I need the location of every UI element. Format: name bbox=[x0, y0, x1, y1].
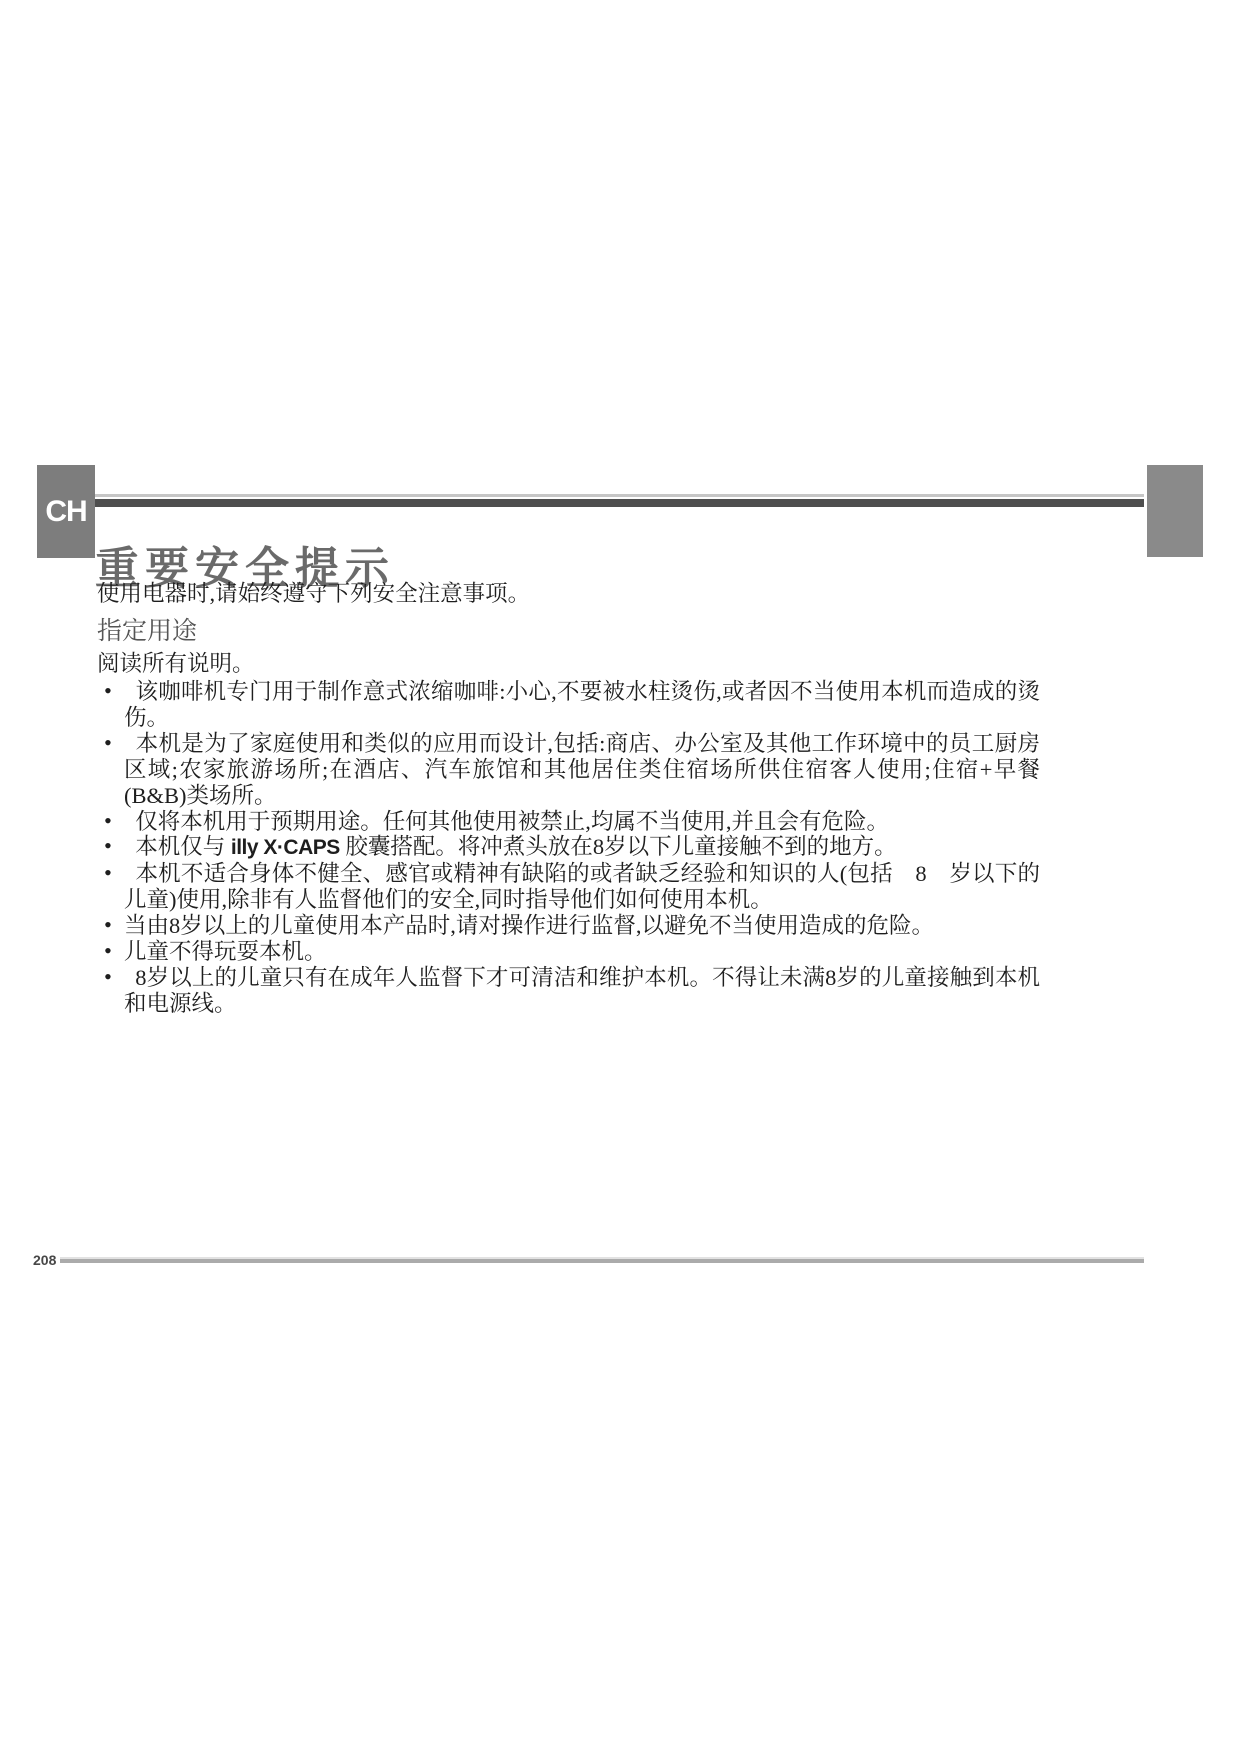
list-item: • 当由8岁以上的儿童使用本产品时,请对操作进行监督,以避免不当使用造成的危险。 bbox=[97, 913, 1040, 939]
bullet-text: 本机是为了家庭使用和类似的应用而设计,包括:商店、办公室及其他工作环境中的员工厨… bbox=[124, 731, 1040, 808]
bullet-text: 本机不适合身体不健全、感官或精神有缺陷的或者缺乏经验和知识的人(包括 8 岁以下… bbox=[124, 861, 1040, 912]
header-rule-dark bbox=[95, 499, 1144, 507]
bullet-icon: • bbox=[104, 964, 112, 990]
bullet-icon: • bbox=[104, 808, 112, 834]
list-item: • 8岁以上的儿童只有在成年人监督下才可清洁和维护本机。不得让未满8岁的儿童接触… bbox=[97, 965, 1040, 1017]
list-item: • 本机仅与 illy X·CAPS 胶囊搭配。将冲煮头放在8岁以下儿童接触不到… bbox=[97, 834, 1040, 861]
page-number: 208 bbox=[33, 1252, 56, 1268]
list-item: • 本机不适合身体不健全、感官或精神有缺陷的或者缺乏经验和知识的人(包括 8 岁… bbox=[97, 861, 1040, 913]
bullet-text: 8岁以上的儿童只有在成年人监督下才可清洁和维护本机。不得让未满8岁的儿童接触到本… bbox=[124, 965, 1040, 1016]
intro-line: 使用电器时,请始终遵守下列安全注意事项。 bbox=[97, 581, 1040, 607]
language-tab-label: CH bbox=[45, 495, 86, 529]
bullet-icon: • bbox=[104, 833, 112, 859]
safety-text-block: 使用电器时,请始终遵守下列安全注意事项。 指定用途 阅读所有说明。 • 该咖啡机… bbox=[97, 581, 1040, 1017]
header-rule-light bbox=[95, 494, 1144, 497]
list-item: • 该咖啡机专门用于制作意式浓缩咖啡:小心,不要被水柱烫伤,或者因不当使用本机而… bbox=[97, 679, 1040, 731]
bullet-text: 儿童不得玩耍本机。 bbox=[124, 939, 327, 964]
brand-name-illy-xcaps: illy X·CAPS bbox=[231, 836, 340, 859]
bullet-icon: • bbox=[104, 912, 112, 938]
bullet-text: 该咖啡机专门用于制作意式浓缩咖啡:小心,不要被水柱烫伤,或者因不当使用本机而造成… bbox=[124, 679, 1040, 730]
list-item: • 仅将本机用于预期用途。任何其他使用被禁止,均属不当使用,并且会有危险。 bbox=[97, 809, 1040, 835]
language-tab: CH bbox=[37, 465, 95, 558]
bullet-text: 胶囊搭配。将冲煮头放在8岁以下儿童接触不到的地方。 bbox=[340, 834, 897, 859]
bullet-text: 本机仅与 bbox=[124, 834, 231, 859]
top-right-tab-block bbox=[1147, 465, 1203, 557]
list-item: • 本机是为了家庭使用和类似的应用而设计,包括:商店、办公室及其他工作环境中的员… bbox=[97, 731, 1040, 809]
bullet-icon: • bbox=[104, 678, 112, 704]
list-item: • 儿童不得玩耍本机。 bbox=[97, 939, 1040, 965]
bullet-icon: • bbox=[104, 730, 112, 756]
safety-bullet-list: • 该咖啡机专门用于制作意式浓缩咖啡:小心,不要被水柱烫伤,或者因不当使用本机而… bbox=[97, 679, 1040, 1017]
read-all-instructions-line: 阅读所有说明。 bbox=[97, 650, 1040, 677]
bullet-icon: • bbox=[104, 938, 112, 964]
section-heading-intended-use: 指定用途 bbox=[97, 617, 1040, 646]
footer-rule bbox=[60, 1259, 1144, 1263]
bullet-text: 仅将本机用于预期用途。任何其他使用被禁止,均属不当使用,并且会有危险。 bbox=[124, 809, 889, 834]
bullet-icon: • bbox=[104, 860, 112, 886]
bullet-text: 当由8岁以上的儿童使用本产品时,请对操作进行监督,以避免不当使用造成的危险。 bbox=[124, 913, 934, 938]
